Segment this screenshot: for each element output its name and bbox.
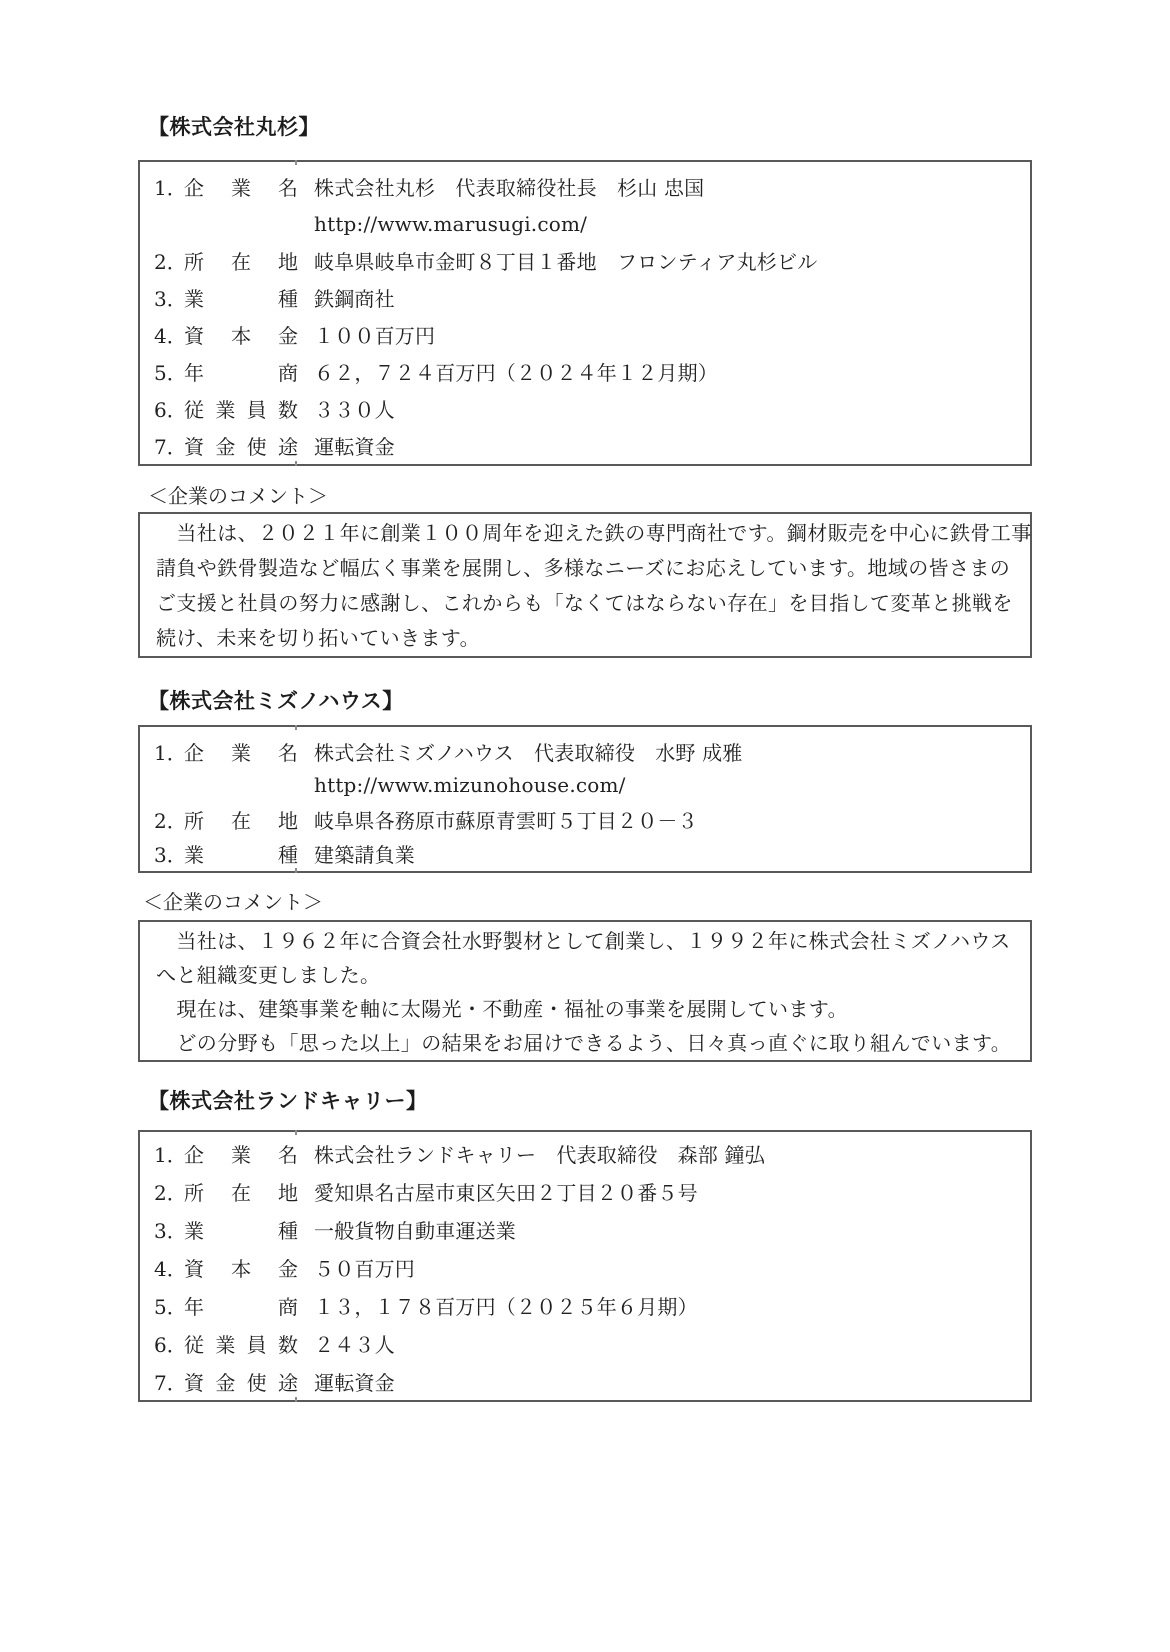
company-profile-table: 1． 企業名 株式会社ミズノハウス 代表取締役 水野 成雅 http://www… <box>138 725 1032 873</box>
row-label: 企業名 <box>184 1139 298 1168</box>
profile-row: 6． 従業員数 ２４３人 <box>140 1324 1030 1362</box>
row-value: １００百万円 <box>314 320 435 349</box>
company-profile-table: 1． 企業名 株式会社丸杉 代表取締役社長 杉山 忠国 http://www.m… <box>138 160 1032 466</box>
profile-row: 5． 年商 ６２，７２４百万円（２０２４年１２月期） <box>140 353 1030 390</box>
row-number: 5． <box>154 1291 184 1320</box>
row-number: 4． <box>154 1253 184 1282</box>
comment-line: へと組織変更しました。 <box>156 958 1018 992</box>
row-number: 6． <box>154 394 184 423</box>
profile-row: 1． 企業名 株式会社丸杉 代表取締役社長 杉山 忠国 <box>140 168 1030 205</box>
row-label: 業種 <box>184 839 298 868</box>
row-number: 6． <box>154 1329 184 1358</box>
row-number: 3． <box>154 1215 184 1244</box>
row-label: 資本金 <box>184 1253 298 1282</box>
row-value: 株式会社ミズノハウス 代表取締役 水野 成雅 <box>314 737 743 766</box>
row-value: 運転資金 <box>314 1367 395 1396</box>
row-value: 株式会社丸杉 代表取締役社長 杉山 忠国 <box>314 172 704 201</box>
row-value: １３，１７８百万円（２０２５年６月期） <box>314 1291 698 1320</box>
row-number: 5． <box>154 357 184 386</box>
row-label: 所在地 <box>184 805 298 834</box>
row-label: 年商 <box>184 357 298 386</box>
company-url: http://www.marusugi.com/ <box>314 212 587 236</box>
row-label: 業種 <box>184 1215 298 1244</box>
profile-row: 6． 従業員数 ３３０人 <box>140 390 1030 427</box>
row-value: 株式会社ランドキャリー 代表取締役 森部 鐘弘 <box>314 1139 765 1168</box>
comment-line: 請負や鉄骨製造など幅広く事業を展開し、多様なニーズにお応えしています。地域の皆さ… <box>156 551 1018 586</box>
profile-row: 2． 所在地 岐阜県各務原市蘇原青雲町５丁目２０－３ <box>140 802 1030 836</box>
row-number: 1． <box>154 737 184 766</box>
row-value: ５０百万円 <box>314 1253 415 1282</box>
row-label: 資金使途 <box>184 431 298 460</box>
company-profile-table: 1． 企業名 株式会社ランドキャリー 代表取締役 森部 鐘弘 2． 所在地 愛知… <box>138 1130 1032 1402</box>
row-value: 運転資金 <box>314 431 395 460</box>
company-section-title: 【株式会社ミズノハウス】 <box>148 688 404 716</box>
company-url: http://www.mizunohouse.com/ <box>314 773 626 797</box>
row-label: 業種 <box>184 283 298 312</box>
row-value: 一般貨物自動車運送業 <box>314 1215 516 1244</box>
profile-row: 5． 年商 １３，１７８百万円（２０２５年６月期） <box>140 1286 1030 1324</box>
company-section-title: 【株式会社ランドキャリー】 <box>148 1088 428 1116</box>
profile-row: 1． 企業名 株式会社ミズノハウス 代表取締役 水野 成雅 <box>140 734 1030 768</box>
profile-row: 4． 資本金 ５０百万円 <box>140 1248 1030 1286</box>
row-value: ２４３人 <box>314 1329 395 1358</box>
row-value: 愛知県名古屋市東区矢田２丁目２０番５号 <box>314 1177 698 1206</box>
row-number: 7． <box>154 1367 184 1396</box>
profile-row: 2． 所在地 岐阜県岐阜市金町８丁目１番地 フロンティア丸杉ビル <box>140 242 1030 279</box>
row-number: 3． <box>154 283 184 312</box>
profile-row: 7． 資金使途 運転資金 <box>140 1362 1030 1400</box>
profile-row: 4． 資本金 １００百万円 <box>140 316 1030 353</box>
row-number: 2． <box>154 1177 184 1206</box>
row-label: 従業員数 <box>184 1329 298 1358</box>
row-label: 企業名 <box>184 172 298 201</box>
row-value: 岐阜県各務原市蘇原青雲町５丁目２０－３ <box>314 805 698 834</box>
comment-heading: ＜企業のコメント＞ <box>148 483 328 509</box>
row-value: 建築請負業 <box>314 839 415 868</box>
row-value: 鉄鋼商社 <box>314 283 395 312</box>
row-label: 所在地 <box>184 1177 298 1206</box>
profile-row: 3． 業種 一般貨物自動車運送業 <box>140 1210 1030 1248</box>
comment-line: 当社は、１９６２年に合資会社水野製材として創業し、１９９２年に株式会社ミズノハウ… <box>156 924 1018 958</box>
row-value: 岐阜県岐阜市金町８丁目１番地 フロンティア丸杉ビル <box>314 246 817 275</box>
row-label: 所在地 <box>184 246 298 275</box>
profile-row: 3． 業種 鉄鋼商社 <box>140 279 1030 316</box>
comment-box: 当社は、１９６２年に合資会社水野製材として創業し、１９９２年に株式会社ミズノハウ… <box>138 920 1032 1062</box>
row-number: 3． <box>154 839 184 868</box>
row-number: 1． <box>154 172 184 201</box>
comment-line: 現在は、建築事業を軸に太陽光・不動産・福祉の事業を展開しています。 <box>156 992 1018 1026</box>
row-value: ６２，７２４百万円（２０２４年１２月期） <box>314 357 718 386</box>
profile-row: 3． 業種 建築請負業 <box>140 836 1030 870</box>
row-number: 2． <box>154 246 184 275</box>
comment-line: 続け、未来を切り拓いていきます。 <box>156 621 1018 656</box>
profile-row: http://www.mizunohouse.com/ <box>140 768 1030 802</box>
row-number: 4． <box>154 320 184 349</box>
company-section-title: 【株式会社丸杉】 <box>148 114 320 142</box>
row-label: 年商 <box>184 1291 298 1320</box>
row-number: 1． <box>154 1139 184 1168</box>
row-label: 企業名 <box>184 737 298 766</box>
profile-row: 2． 所在地 愛知県名古屋市東区矢田２丁目２０番５号 <box>140 1172 1030 1210</box>
profile-row: 1． 企業名 株式会社ランドキャリー 代表取締役 森部 鐘弘 <box>140 1134 1030 1172</box>
comment-heading: ＜企業のコメント＞ <box>143 889 323 915</box>
profile-row: http://www.marusugi.com/ <box>140 205 1030 242</box>
document-page: 【株式会社丸杉】 1． 企業名 株式会社丸杉 代表取締役社長 杉山 忠国 htt… <box>0 0 1170 1652</box>
comment-line: どの分野も「思った以上」の結果をお届けできるよう、日々真っ直ぐに取り組んでいます… <box>156 1026 1018 1060</box>
row-number: 7． <box>154 431 184 460</box>
comment-line: ご支援と社員の努力に感謝し、これからも「なくてはならない存在」を目指して変革と挑… <box>156 586 1018 621</box>
row-label: 資本金 <box>184 320 298 349</box>
row-number: 2． <box>154 805 184 834</box>
row-label: 従業員数 <box>184 394 298 423</box>
comment-box: 当社は、２０２１年に創業１００周年を迎えた鉄の専門商社です。鋼材販売を中心に鉄骨… <box>138 512 1032 658</box>
comment-line: 当社は、２０２１年に創業１００周年を迎えた鉄の専門商社です。鋼材販売を中心に鉄骨… <box>156 516 1018 551</box>
profile-row: 7． 資金使途 運転資金 <box>140 427 1030 464</box>
row-label: 資金使途 <box>184 1367 298 1396</box>
row-value: ３３０人 <box>314 394 395 423</box>
